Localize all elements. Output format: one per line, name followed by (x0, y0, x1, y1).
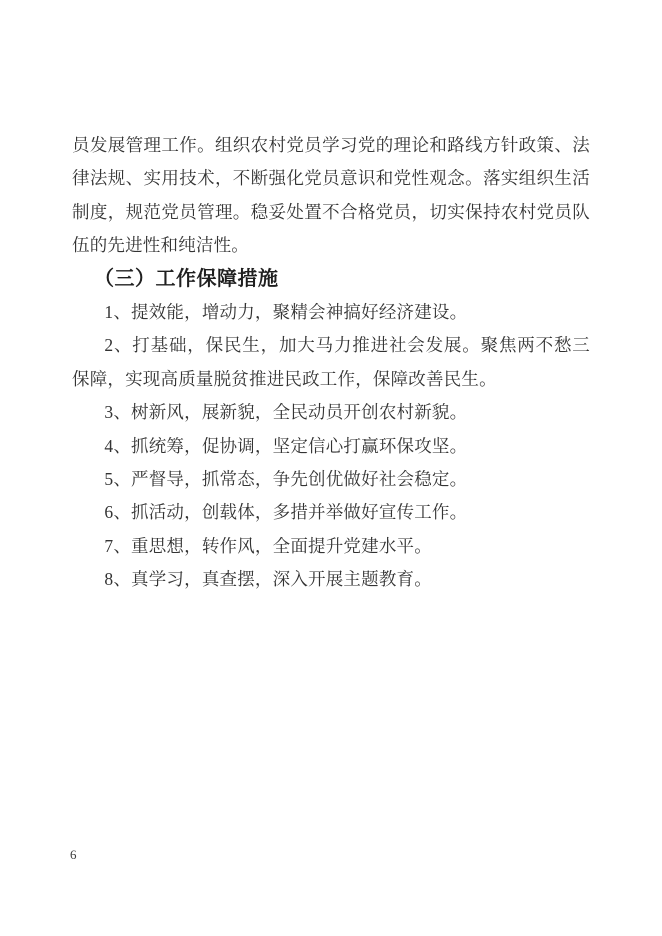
list-item-2: 2、打基础，保民生，加大马力推进社会发展。聚焦两不愁三保障，实现高质量脱贫推进民… (72, 329, 590, 396)
list-item-4: 4、抓统筹，促协调，坚定信心打赢环保攻坚。 (72, 430, 590, 463)
list-item-6: 6、抓活动，创载体，多措并举做好宣传工作。 (72, 496, 590, 529)
continuation-paragraph: 员发展管理工作。组织农村党员学习党的理论和路线方针政策、法律法规、实用技术，不断… (72, 129, 590, 263)
document-page: 员发展管理工作。组织农村党员学习党的理论和路线方针政策、法律法规、实用技术，不断… (0, 0, 662, 936)
list-item-8: 8、真学习，真查摆，深入开展主题教育。 (72, 563, 590, 596)
list-item-3: 3、树新风，展新貌，全民动员开创农村新貌。 (72, 396, 590, 429)
document-body: 员发展管理工作。组织农村党员学习党的理论和路线方针政策、法律法规、实用技术，不断… (72, 129, 590, 597)
list-item-5: 5、严督导，抓常态，争先创优做好社会稳定。 (72, 463, 590, 496)
list-item-1: 1、提效能，增动力，聚精会神搞好经济建设。 (72, 296, 590, 329)
section-heading: （三）工作保障措施 (72, 263, 590, 296)
page-number: 6 (70, 847, 77, 863)
list-item-7: 7、重思想，转作风，全面提升党建水平。 (72, 530, 590, 563)
